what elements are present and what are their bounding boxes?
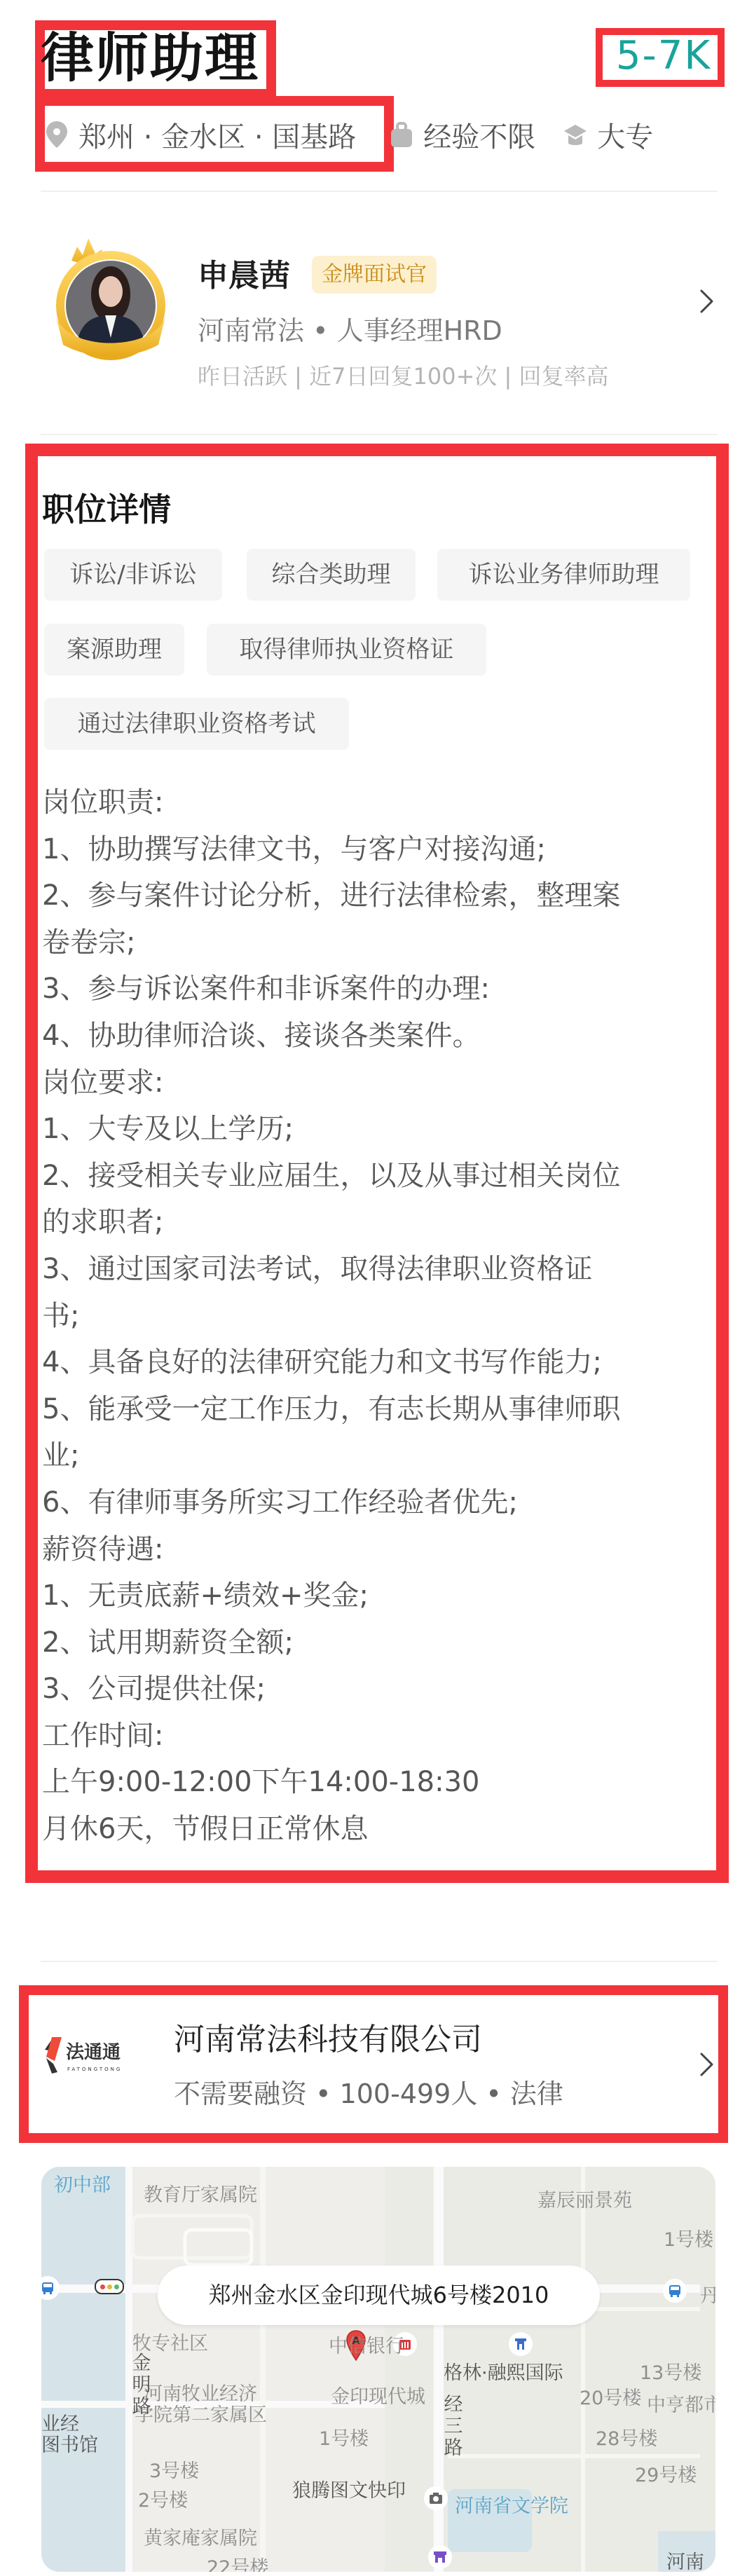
company-info: 不需要融资 • 100-499人 • 法律: [174, 2078, 563, 2109]
experience-text: 经验不限: [423, 115, 535, 155]
map-label: 丹: [700, 2280, 715, 2308]
map-label: 1号楼: [319, 2423, 369, 2451]
job-description: 岗位职责:1、协助撰写法律文书，与客户对接沟通;2、参与案件讨论分析，进行法律检…: [42, 779, 708, 1853]
map-label: 3号楼: [149, 2455, 199, 2483]
map-label: 20号楼: [580, 2383, 641, 2410]
divider: [41, 434, 718, 435]
description-line: 2、接受相关专业应届生，以及从事过相关岗位: [42, 1153, 708, 1200]
description-line: 2、试用期薪资全额;: [42, 1619, 708, 1666]
map-label: 1号楼: [664, 2224, 713, 2252]
salary: 5-7K: [611, 34, 716, 78]
map-label: 中信银行: [329, 2331, 404, 2358]
description-line: 3、公司提供社保;: [42, 1666, 708, 1713]
recruiter-company-role: 河南常法 • 人事经理HRD: [198, 315, 502, 346]
description-line: 1、大专及以上学历;: [42, 1106, 708, 1153]
description-line: 3、参与诉讼案件和非诉案件的办理:: [42, 966, 708, 1013]
job-meta-row: 郑州 · 金水区 · 国基路 经验不限 大专: [45, 112, 653, 157]
divider: [41, 1961, 718, 1962]
government-building-icon[interactable]: [509, 2332, 533, 2356]
divider: [41, 191, 718, 192]
description-line: 的求职者;: [42, 1199, 708, 1246]
skill-tag: 取得律师执业资格证: [207, 624, 486, 676]
map-label: 中亨都市: [647, 2390, 715, 2417]
description-line: 薪资待遇:: [42, 1526, 708, 1573]
camera-shop-icon[interactable]: [424, 2486, 448, 2510]
skill-tag: 案源助理: [44, 624, 184, 676]
location-map[interactable]: A 初中部教育厅家属院嘉辰丽景苑1号楼丹牧专社区中信银行格林·融熙国际13号楼金…: [41, 2167, 715, 2572]
avatar: [46, 233, 172, 362]
map-label: 图书馆: [41, 2430, 98, 2457]
skill-tag: 综合类助理: [247, 549, 416, 601]
chevron-right-icon[interactable]: [699, 2052, 715, 2077]
experience: 经验不限: [390, 115, 535, 155]
company-name: 河南常法科技有限公司: [174, 2022, 482, 2057]
recruiter-avatar[interactable]: [46, 233, 172, 362]
skill-tag: 诉讼/非诉讼: [44, 549, 222, 601]
description-line: 工作时间:: [42, 1713, 708, 1760]
description-line: 上午9:00-12:00下午14:00-18:30: [42, 1759, 708, 1806]
degree-text: 大专: [597, 115, 653, 155]
description-line: 4、协助律师洽谈、接谈各类案件。: [42, 1013, 708, 1060]
map-label: 金印现代城: [331, 2381, 425, 2409]
chevron-right-icon[interactable]: [699, 289, 715, 314]
location-text: 郑州 · 金水区 · 国基路: [78, 115, 356, 155]
map-label: 学院第二家属区: [135, 2399, 267, 2427]
description-line: 2、参与案件讨论分析，进行法律检索，整理案: [42, 872, 708, 919]
address-pill[interactable]: 郑州金水区金印现代城6号楼2010: [158, 2266, 600, 2325]
map-label: 初中部: [54, 2170, 111, 2197]
location[interactable]: 郑州 · 金水区 · 国基路: [45, 115, 356, 155]
svg-text:FATONGTONG: FATONGTONG: [67, 2067, 122, 2072]
map-label: 教育厅家属院: [144, 2179, 257, 2207]
description-line: 卷卷宗;: [42, 919, 708, 966]
description-line: 1、协助撰写法律文书，与客户对接沟通;: [42, 826, 708, 873]
skill-tag: 通过法律职业资格考试: [44, 698, 349, 750]
map-label: 13号楼: [640, 2357, 701, 2385]
briefcase-icon: [390, 121, 413, 149]
map-label: 狼腾图文快印: [292, 2475, 406, 2502]
description-line: 书;: [42, 1293, 708, 1340]
gold-interviewer-badge: 金牌面试官: [312, 256, 437, 294]
map-label: 28号楼: [596, 2423, 657, 2451]
map-label: 河南省文学院: [455, 2491, 568, 2518]
description-line: 岗位要求:: [42, 1060, 708, 1107]
map-road-label: 经三路: [443, 2394, 464, 2459]
recruiter-activity: 昨日活跃 | 近7日回复100+次 | 回复率高: [198, 363, 609, 390]
description-line: 3、通过国家司法考试，取得法律职业资格证: [42, 1246, 708, 1293]
description-line: 业;: [42, 1432, 708, 1479]
description-line: 月休6天，节假日正常休息: [42, 1806, 708, 1853]
map-label: 牧专社区: [132, 2328, 208, 2355]
svg-text:法通通: 法通通: [66, 2042, 121, 2063]
description-line: 5、能承受一定工作压力，有志长期从事律师职: [42, 1386, 708, 1433]
skill-tag: 诉讼业务律师助理: [437, 549, 690, 601]
section-title-job-detail: 职位详情: [42, 491, 171, 528]
degree: 大专: [563, 115, 653, 155]
bus-stop-icon[interactable]: [663, 2279, 687, 2303]
description-line: 岗位职责:: [42, 779, 708, 826]
shop-icon[interactable]: [428, 2545, 452, 2569]
graduation-cap-icon: [563, 121, 587, 149]
map-label: 格林·融熙国际: [444, 2357, 563, 2385]
location-pin-icon: [45, 121, 69, 149]
recruiter-name: 申晨茜: [198, 259, 290, 293]
description-line: 4、具备良好的法律研究能力和文书写作能力;: [42, 1339, 708, 1386]
traffic-light-icon: [95, 2279, 124, 2294]
map-label: 22号楼: [207, 2552, 268, 2572]
description-line: 1、无责底薪+绩效+奖金;: [42, 1573, 708, 1619]
map-road-label: 金明路: [131, 2352, 152, 2418]
job-title: 律师助理: [41, 27, 259, 90]
company-logo: 法通通 FATONGTONG: [43, 2036, 135, 2078]
map-label: 黄家庵家属院: [144, 2523, 257, 2550]
description-line: 6、有律师事务所实习工作经验者优先;: [42, 1479, 708, 1526]
map-label: 河南: [666, 2547, 704, 2572]
map-label: 29号楼: [635, 2460, 697, 2487]
map-label: 嘉辰丽景苑: [537, 2185, 632, 2212]
map-label: 2号楼: [138, 2485, 188, 2512]
